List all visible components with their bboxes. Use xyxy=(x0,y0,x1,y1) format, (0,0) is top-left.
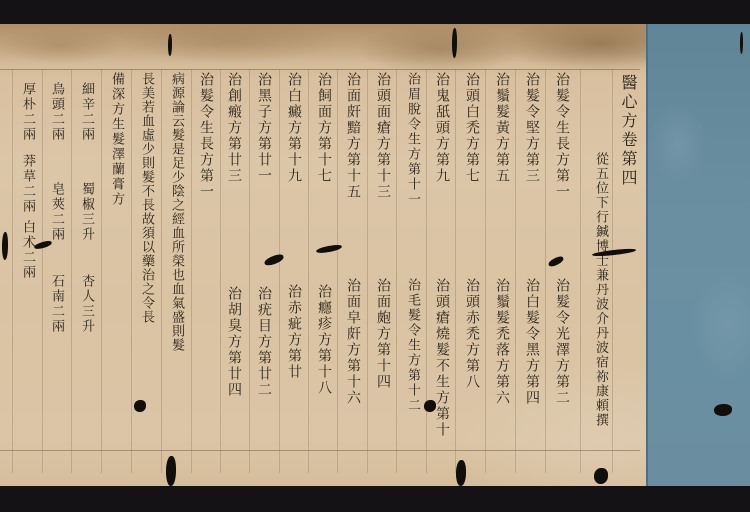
bottom-rule-line xyxy=(0,450,640,451)
ink-mark xyxy=(166,456,176,486)
ingredient: 白术二兩 xyxy=(19,220,35,280)
ingredient: 細辛二兩 xyxy=(78,82,94,142)
toc-entry-8: 治頭赤禿方第八 xyxy=(464,278,480,390)
column-rule xyxy=(220,69,221,473)
ink-blot xyxy=(134,400,146,412)
ingredient: 蜀椒三升 xyxy=(78,182,94,242)
toc-entry-9: 治鬼舐頭方第九 xyxy=(434,72,450,184)
toc-entry-22: 治疣目方第廿二 xyxy=(256,286,272,398)
toc-entry-20: 治赤疵方第廿 xyxy=(286,284,302,380)
toc-entry-3: 治髮令堅方第三 xyxy=(524,72,540,184)
column-rule xyxy=(396,69,397,473)
ink-blot xyxy=(316,244,343,254)
ink-mark xyxy=(452,28,457,58)
column-rule xyxy=(191,69,192,473)
ingredient: 厚朴二兩 xyxy=(19,82,35,142)
paper-sheet: 醫心方卷第四 從五位下行鍼博士兼丹波介丹波宿祢康頼撰 治髮令生長方第一 治髮令光… xyxy=(0,24,646,486)
chapter-heading: 治髮令生長方第一 xyxy=(198,72,214,200)
column-rule xyxy=(249,69,250,473)
toc-entry-24: 治胡臭方第廿四 xyxy=(226,286,242,398)
ink-mark xyxy=(2,232,8,260)
ink-blot xyxy=(263,253,285,267)
toc-entry-4: 治白髮令黑方第四 xyxy=(524,278,540,406)
column-rule xyxy=(131,69,132,473)
column-rule xyxy=(455,69,456,473)
toc-entry-10: 治頭瘡燒髮不生方第十 xyxy=(434,278,450,438)
column-rule xyxy=(580,69,581,473)
column-rule xyxy=(337,69,338,473)
ink-blot xyxy=(424,400,436,412)
body-text-line-1: 病源論云髮是足少陰之經血所榮也血氣盛則髮 xyxy=(168,72,184,352)
toc-entry-11: 治眉脫令生方第十一 xyxy=(404,72,420,207)
column-rule xyxy=(515,69,516,473)
column-rule xyxy=(279,69,280,473)
body-text-line-3: 備深方生髮澤蘭膏方 xyxy=(108,72,124,207)
water-stain xyxy=(0,24,646,64)
column-rule xyxy=(612,69,613,473)
ingredient: 杏人三升 xyxy=(78,274,94,334)
toc-entry-1: 治髮令生長方第一 xyxy=(554,72,570,200)
toc-entry-17: 治飼面方第十七 xyxy=(316,72,332,184)
toc-entry-2: 治髮令光澤方第二 xyxy=(554,278,570,406)
toc-entry-13: 治頭面瘡方第十三 xyxy=(375,72,391,200)
author-line: 從五位下行鍼博士兼丹波介丹波宿祢康頼撰 xyxy=(592,152,608,428)
manuscript-scroll: 醫心方卷第四 從五位下行鍼博士兼丹波介丹波宿祢康頼撰 治髮令生長方第一 治髮令光… xyxy=(0,24,750,486)
column-rule xyxy=(101,69,102,473)
toc-entry-21: 治黑子方第廿一 xyxy=(256,72,272,184)
ink-mark xyxy=(740,32,743,54)
ink-mark xyxy=(594,468,608,484)
toc-entry-6: 治鬚髮禿落方第六 xyxy=(494,278,510,406)
column-rule xyxy=(161,69,162,473)
body-text-line-2: 長美若血虛少則髮不長故須以藥治之令長 xyxy=(138,72,154,324)
column-rule xyxy=(12,69,13,473)
ink-mark xyxy=(168,34,172,56)
toc-entry-19: 治白癜方第十九 xyxy=(286,72,302,184)
column-rule xyxy=(545,69,546,473)
top-rule-line xyxy=(0,69,640,70)
column-rule xyxy=(42,69,43,473)
column-rule xyxy=(71,69,72,473)
bottom-dark-border xyxy=(0,486,750,512)
ink-blot xyxy=(714,404,732,416)
top-dark-border xyxy=(0,0,750,24)
toc-entry-5: 治鬚髮黃方第五 xyxy=(494,72,510,184)
column-rule xyxy=(485,69,486,473)
ink-blot xyxy=(547,255,564,268)
ingredient: 莽草二兩 xyxy=(19,154,35,214)
blue-backing-paper xyxy=(646,24,750,486)
ingredient: 烏頭二兩 xyxy=(48,82,64,142)
ink-blot xyxy=(34,240,53,250)
column-rule xyxy=(426,69,427,473)
toc-entry-7: 治頭白禿方第七 xyxy=(464,72,480,184)
toc-entry-18: 治癮疹方第十八 xyxy=(316,284,332,396)
ingredient: 石南二兩 xyxy=(48,274,64,334)
toc-entry-12: 治毛髮令生方第十二 xyxy=(404,278,420,413)
toc-entry-15: 治面皯黯方第十五 xyxy=(345,72,361,200)
ink-mark xyxy=(456,460,466,486)
column-rule xyxy=(308,69,309,473)
toc-entry-16: 治面皁皯方第十六 xyxy=(345,278,361,406)
volume-title: 醫心方卷第四 xyxy=(620,74,636,188)
toc-entry-23: 治創瘢方第廿三 xyxy=(226,72,242,184)
ingredient: 皂莢二兩 xyxy=(48,182,64,242)
column-rule xyxy=(367,69,368,473)
toc-entry-14: 治面皰方第十四 xyxy=(375,278,391,390)
